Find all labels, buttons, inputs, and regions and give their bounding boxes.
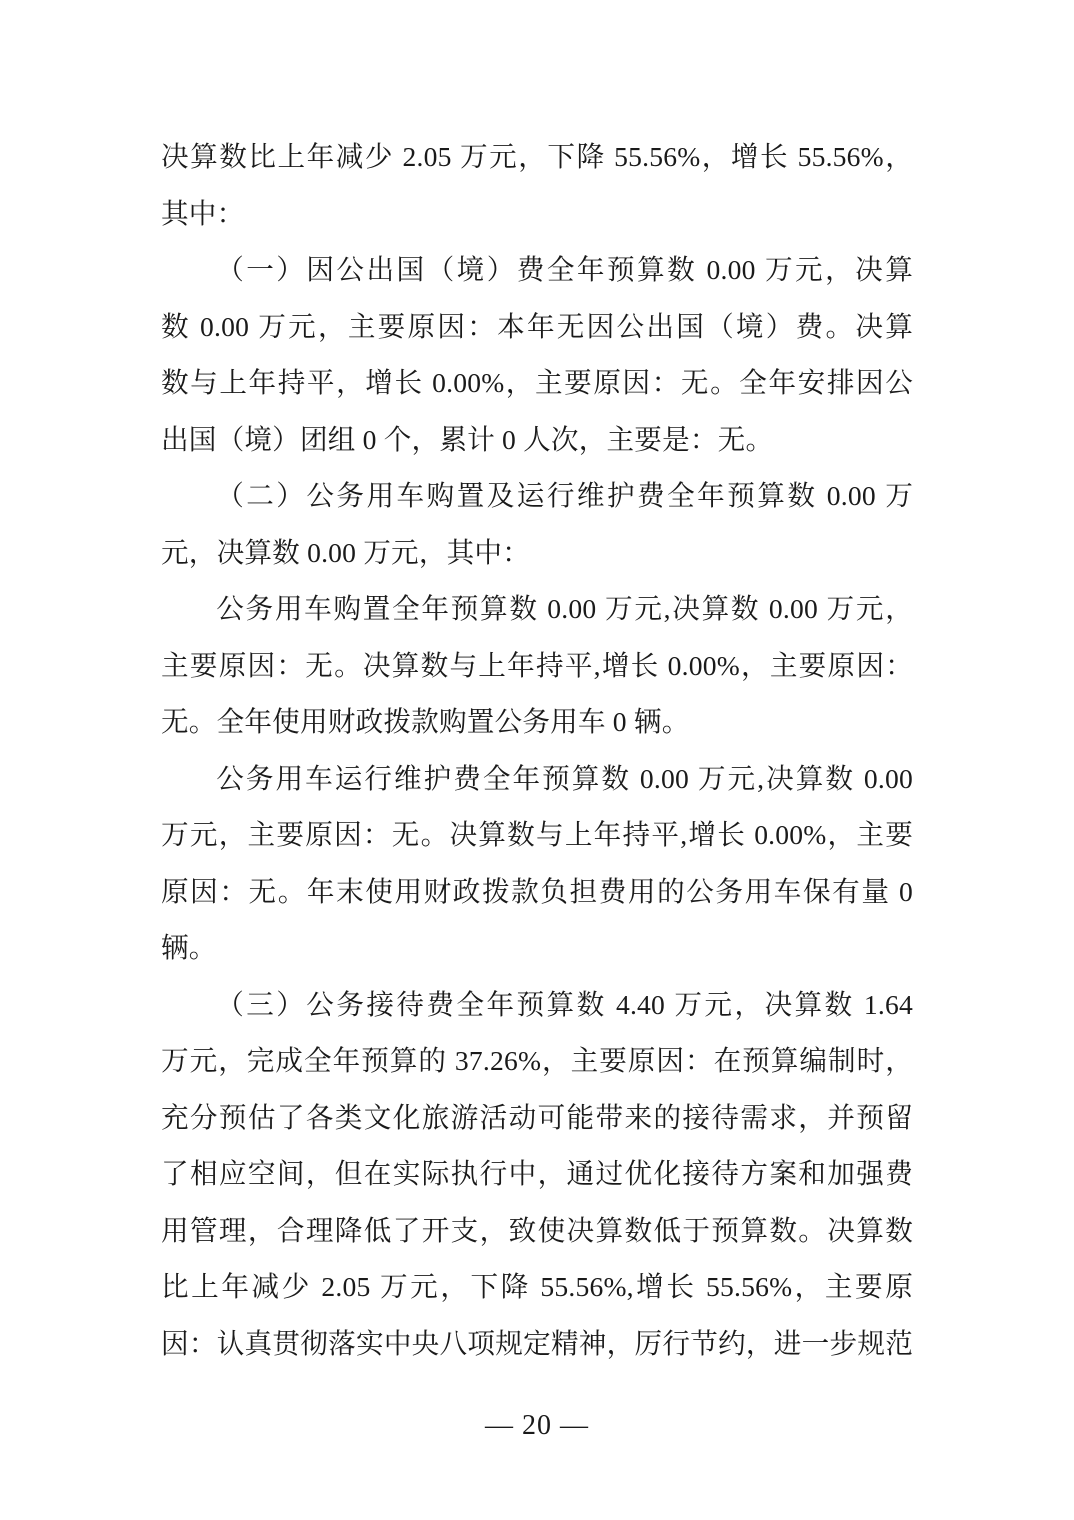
text-line: 数 0.00 万元，主要原因：本年无因公出国（境）费。决算 (161, 299, 913, 356)
text-line: 万元，主要原因：无。决算数与上年持平,增长 0.00%，主要 (161, 807, 913, 864)
text-line: 充分预估了各类文化旅游活动可能带来的接待需求，并预留 (161, 1090, 913, 1147)
text-line: 数与上年持平，增长 0.00%，主要原因：无。全年安排因公 (161, 355, 913, 412)
text-line: 其中： (161, 186, 913, 243)
text-line: 因：认真贯彻落实中央八项规定精神，厉行节约，进一步规范 (161, 1316, 913, 1373)
text-line: 主要原因：无。决算数与上年持平,增长 0.00%，主要原因： (161, 638, 913, 695)
text-line: 用管理，合理降低了开支，致使决算数低于预算数。决算数 (161, 1203, 913, 1260)
text-line: （二）公务用车购置及运行维护费全年预算数 0.00 万 (161, 468, 913, 525)
text-line: 公务用车运行维护费全年预算数 0.00 万元,决算数 0.00 (161, 751, 913, 808)
text-line: 公务用车购置全年预算数 0.00 万元,决算数 0.00 万元， (161, 581, 913, 638)
text-line: 万元，完成全年预算的 37.26%，主要原因：在预算编制时， (161, 1033, 913, 1090)
text-line: 决算数比上年减少 2.05 万元，下降 55.56%，增长 55.56%， (161, 129, 913, 186)
text-line: （一）因公出国（境）费全年预算数 0.00 万元，决算 (161, 242, 913, 299)
text-line: 元，决算数 0.00 万元，其中： (161, 525, 913, 582)
text-line: 比上年减少 2.05 万元，下降 55.56%,增长 55.56%，主要原 (161, 1259, 913, 1316)
document-page: 决算数比上年减少 2.05 万元，下降 55.56%，增长 55.56%，其中：… (0, 0, 1074, 1520)
text-line: 原因：无。年末使用财政拨款负担费用的公务用车保有量 0 (161, 864, 913, 921)
page-footer: — 20 — (0, 1404, 1074, 1448)
document-body: 决算数比上年减少 2.05 万元，下降 55.56%，增长 55.56%，其中：… (161, 129, 913, 1372)
text-line: 出国（境）团组 0 个，累计 0 人次，主要是：无。 (161, 412, 913, 469)
page-number: — 20 — (485, 1410, 589, 1441)
text-line: （三）公务接待费全年预算数 4.40 万元，决算数 1.64 (161, 977, 913, 1034)
text-line: 辆。 (161, 920, 913, 977)
text-line: 了相应空间，但在实际执行中，通过优化接待方案和加强费 (161, 1146, 913, 1203)
text-line: 无。全年使用财政拨款购置公务用车 0 辆。 (161, 694, 913, 751)
